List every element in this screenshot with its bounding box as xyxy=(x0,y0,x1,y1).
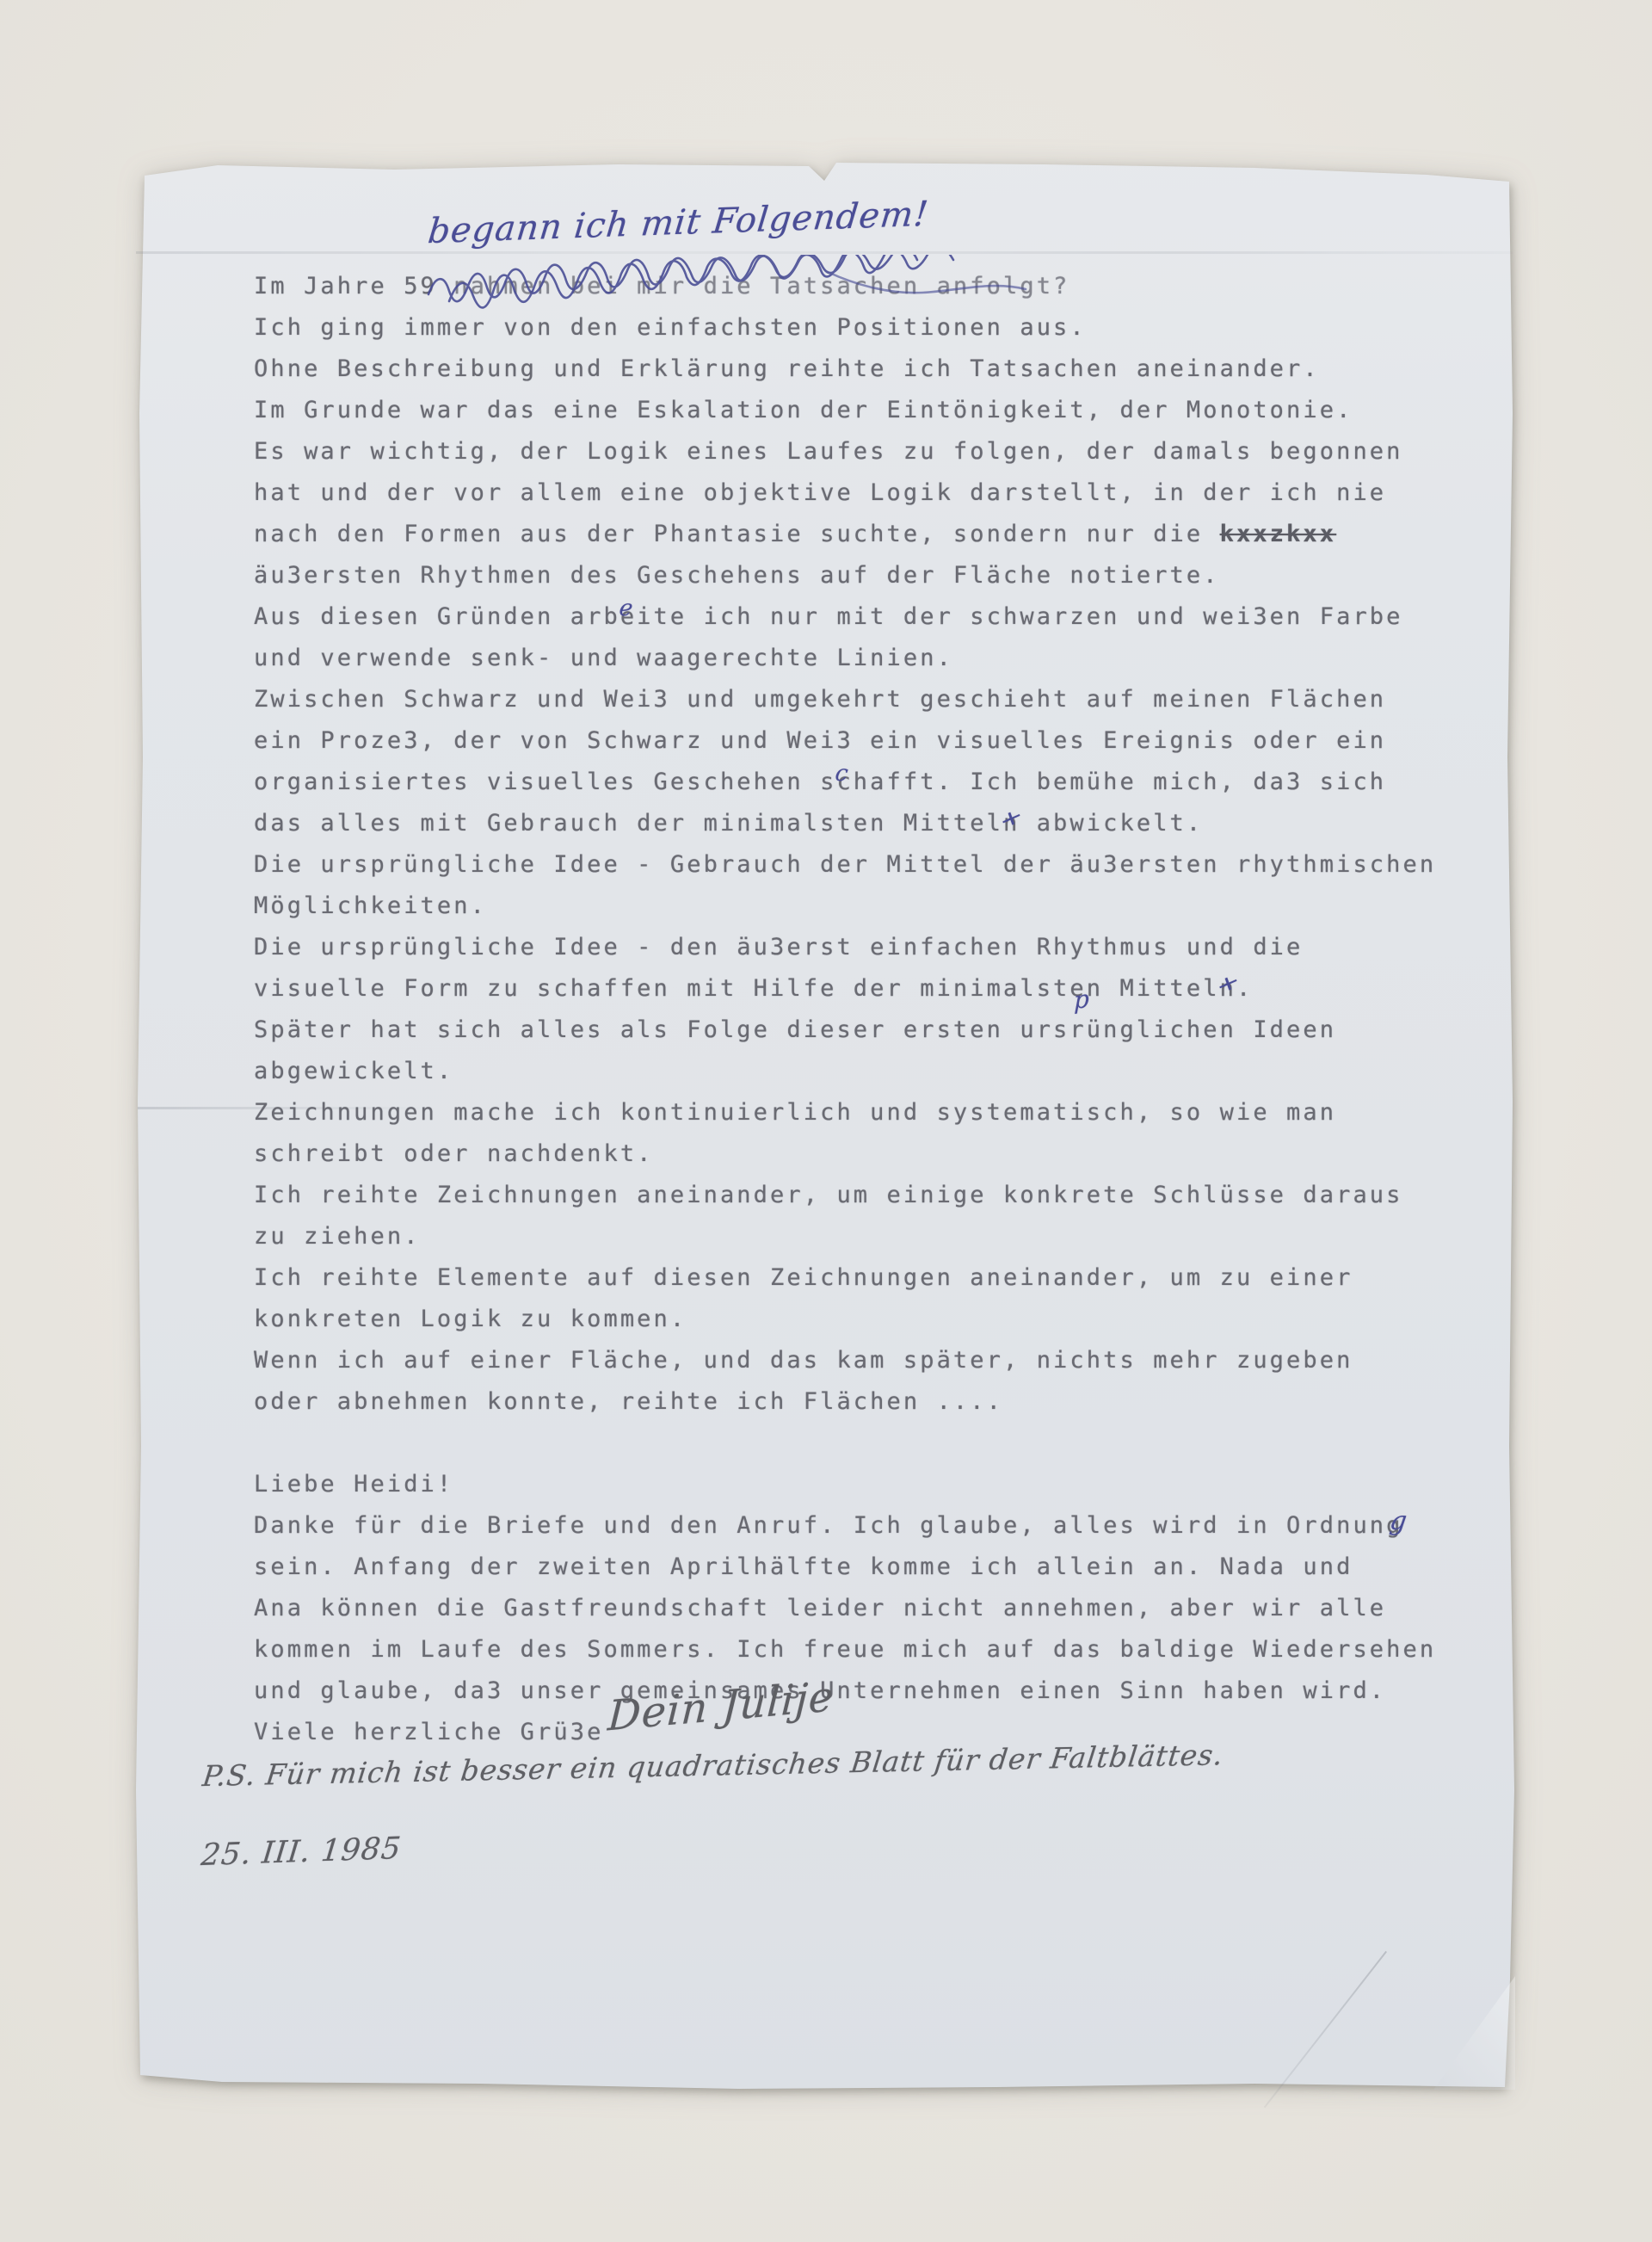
typed-line: Danke für die Briefe und den Anruf. Ich … xyxy=(254,1505,1476,1547)
typed-line: kommen im Laufe des Sommers. Ich freue m… xyxy=(254,1629,1476,1671)
typed-line: konkreten Logik zu kommen. xyxy=(254,1299,1476,1340)
typed-line: das alles mit Gebrauch der minimalsten M… xyxy=(254,803,1476,844)
typed-line: und glaube, da3 unser gemeinsames Untern… xyxy=(254,1671,1476,1712)
typed-line: und verwende senk- und waagerechte Linie… xyxy=(254,638,1476,679)
typed-line: Zwischen Schwarz und Wei3 und umgekehrt … xyxy=(254,679,1476,720)
typed-line: Wenn ich auf einer Fläche, und das kam s… xyxy=(254,1340,1476,1381)
typed-line: Ich reihte Zeichnungen aneinander, um ei… xyxy=(254,1175,1476,1216)
typed-line: Möglichkeiten. xyxy=(254,886,1476,927)
typed-line: sein. Anfang der zweiten Aprilhälfte kom… xyxy=(254,1547,1476,1588)
typed-line: Die ursprüngliche Idee - den äu3erst ein… xyxy=(254,927,1476,968)
typed-line: Viele herzliche Grü3e xyxy=(254,1712,1476,1753)
typed-line: ein Proze3, der von Schwarz und Wei3 ein… xyxy=(254,720,1476,762)
typed-line: abgewickelt. xyxy=(254,1051,1476,1092)
typed-line: schreibt oder nachdenkt. xyxy=(254,1133,1476,1175)
typed-line: Später hat sich alles als Folge dieser e… xyxy=(254,1010,1476,1051)
typed-line: Aus diesen Gründen arbeite ich nur mit d… xyxy=(254,596,1476,638)
typed-line: Ich reihte Elemente auf diesen Zeichnung… xyxy=(254,1257,1476,1299)
typed-line: Ana können die Gastfreundschaft leider n… xyxy=(254,1588,1476,1629)
typed-line: Es war wichtig, der Logik eines Laufes z… xyxy=(254,431,1476,472)
typed-line: zu ziehen. xyxy=(254,1216,1476,1257)
typed-line: Die ursprüngliche Idee - Gebrauch der Mi… xyxy=(254,844,1476,886)
typed-lines: Im Jahre 59 nahmen bei mir die Tatsachen… xyxy=(254,266,1476,1753)
typed-line: visuelle Form zu schaffen mit Hilfe der … xyxy=(254,968,1476,1010)
typed-line: nach den Formen aus der Phantasie suchte… xyxy=(254,514,1476,555)
typed-line: äu3ersten Rhythmen des Geschehens auf de… xyxy=(254,555,1476,596)
typed-line xyxy=(254,1423,1476,1464)
typed-line: Liebe Heidi! xyxy=(254,1464,1476,1505)
typed-segment-struck: kxxzkxx xyxy=(1220,521,1337,547)
typed-line: Ohne Beschreibung und Erklärung reihte i… xyxy=(254,349,1476,390)
typed-line: organisiertes visuelles Geschehen schaff… xyxy=(254,762,1476,803)
typed-line: Im Grunde war das eine Eskalation der Ei… xyxy=(254,390,1476,431)
typed-segment: nach den Formen aus der Phantasie suchte… xyxy=(254,521,1220,547)
ink-scribble-overlay xyxy=(423,255,1090,320)
typed-line: oder abnehmen konnte, reihte ich Flächen… xyxy=(254,1381,1476,1423)
typed-line: hat und der vor allem eine objektive Log… xyxy=(254,472,1476,514)
typed-line: Zeichnungen mache ich kontinuierlich und… xyxy=(254,1092,1476,1133)
